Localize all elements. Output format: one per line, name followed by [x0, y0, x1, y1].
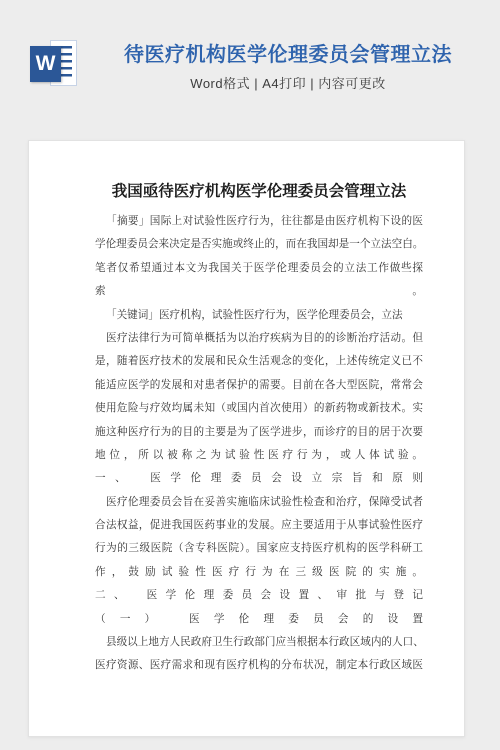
word-icon-letter: W [30, 46, 61, 82]
doc-line: 合法权益，促进我国医药事业的发展。应主要适用于从事试验性医疗 [95, 514, 423, 537]
doc-line: 施这种医疗行为的目的主要是为了医学进步，而诊疗的目的居于次要 [95, 421, 423, 444]
header-text-block: 待医疗机构医学伦理委员会管理立法 Word格式 | A4打印 | 内容可更改 [84, 42, 492, 92]
doc-line: 「关键词」医疗机构，试验性医疗行为，医学伦理委员会，立法 [95, 304, 423, 327]
doc-line: 是，随着医疗技术的发展和民众生活观念的变化，上述传统定义已不 [95, 350, 423, 373]
word-icon: W [30, 38, 77, 91]
document-preview-page[interactable]: 我国亟待医疗机构医学伦理委员会管理立法 「摘要」国际上对试验性医疗行为，往往都是… [28, 140, 465, 737]
doc-line: 索。 [95, 280, 423, 303]
doc-line: 作，鼓励试验性医疗行为在三级医院的实施。 [95, 561, 423, 584]
format-subtitle: Word格式 | A4打印 | 内容可更改 [84, 73, 492, 92]
doc-line: 医疗伦理委员会旨在妥善实施临床试验性检查和治疗，保障受试者 [95, 491, 423, 514]
doc-line: 县级以上地方人民政府卫生行政部门应当根据本行政区域内的人口、 [95, 631, 423, 654]
page-title[interactable]: 待医疗机构医学伦理委员会管理立法 [84, 42, 492, 68]
doc-line: 「摘要」国际上对试验性医疗行为，往往都是由医疗机构下设的医 [95, 210, 423, 233]
doc-line: 二、 医学伦理委员会设置、审批与登记 [95, 584, 423, 607]
doc-line: 医疗资源、医疗需求和现有医疗机构的分布状况，制定本行政区域医 [95, 654, 423, 677]
doc-line: （一） 医学伦理委员会的设置 [95, 608, 423, 631]
document-body: 「摘要」国际上对试验性医疗行为，往往都是由医疗机构下设的医学伦理委员会来决定是否… [95, 210, 423, 678]
document-content: 我国亟待医疗机构医学伦理委员会管理立法 「摘要」国际上对试验性医疗行为，往往都是… [29, 141, 464, 736]
preview-header: W 待医疗机构医学伦理委员会管理立法 Word格式 | A4打印 | 内容可更改 [0, 0, 500, 140]
doc-line: 使用危险与疗效均属未知（或国内首次使用）的新药物或新技术。实 [95, 397, 423, 420]
doc-line: 一、 医学伦理委员会设立宗旨和原则 [95, 467, 423, 490]
doc-line: 笔者仅希望通过本文为我国关于医学伦理委员会的立法工作做些探 [95, 257, 423, 280]
doc-line: 地位，所以被称之为试验性医疗行为，或人体试验。 [95, 444, 423, 467]
doc-line: 学伦理委员会来决定是否实施或终止的，而在我国却是一个立法空白。 [95, 233, 423, 256]
doc-line: 医疗法律行为可简单概括为以治疗疾病为目的的诊断治疗活动。但 [95, 327, 423, 350]
document-title: 我国亟待医疗机构医学伦理委员会管理立法 [108, 178, 410, 203]
doc-line: 行为的三级医院（含专科医院）。国家应支持医疗机构的医学科研工 [95, 537, 423, 560]
doc-line: 能适应医学的发展和对患者保护的需要。目前在各大型医院，常常会 [95, 374, 423, 397]
